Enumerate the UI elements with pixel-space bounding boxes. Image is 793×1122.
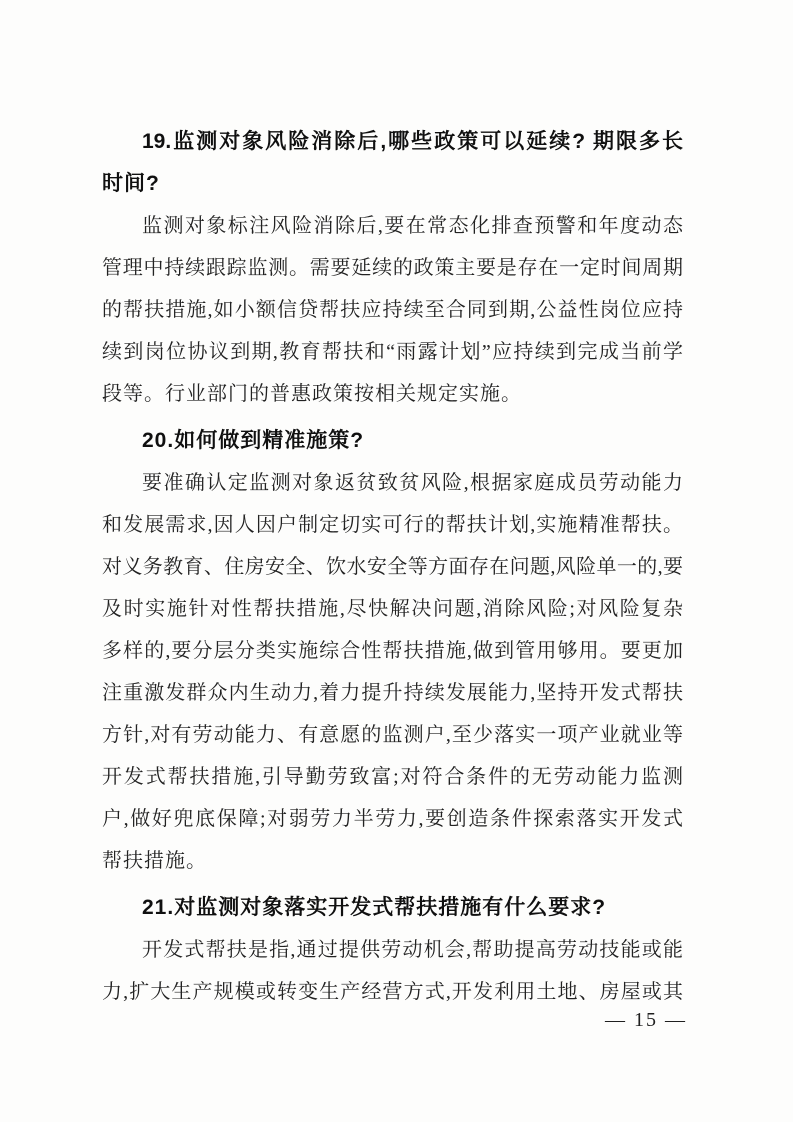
document-page: 19.监测对象风险消除后,哪些政策可以延续? 期限多长 时间? 监测对象标注风险… [0, 0, 793, 1122]
answer-19-line: 监测对象标注风险消除后,要在常态化排查预警和年度动态 [102, 205, 683, 247]
answer-20-line: 多样的,要分层分类实施综合性帮扶措施,做到管用够用。要更加 [102, 630, 683, 672]
answer-19-line: 管理中持续跟踪监测。需要延续的政策主要是存在一定时间周期 [102, 247, 683, 289]
answer-20-line: 和发展需求,因人因户制定切实可行的帮扶计划,实施精准帮扶。 [102, 504, 683, 546]
answer-20-line: 方针,对有劳动能力、有意愿的监测户,至少落实一项产业就业等 [102, 714, 683, 756]
answer-21-line: 开发式帮扶是指,通过提供劳动机会,帮助提高劳动技能或能 [102, 929, 683, 971]
answer-19-line: 段等。行业部门的普惠政策按相关规定实施。 [102, 373, 683, 415]
qa-section-21: 21.对监测对象落实开发式帮扶措施有什么要求? 开发式帮扶是指,通过提供劳动机会… [102, 887, 683, 1013]
answer-20-line: 及时实施针对性帮扶措施,尽快解决问题,消除风险;对风险复杂 [102, 588, 683, 630]
page-number: — 15 — [605, 1005, 687, 1035]
answer-20-line: 对义务教育、住房安全、饮水安全等方面存在问题,风险单一的,要 [102, 546, 683, 588]
page-text-block: 19.监测对象风险消除后,哪些政策可以延续? 期限多长 时间? 监测对象标注风险… [102, 121, 683, 1013]
answer-19-line: 的帮扶措施,如小额信贷帮扶应持续至合同到期,公益性岗位应持 [102, 289, 683, 331]
qa-section-19: 19.监测对象风险消除后,哪些政策可以延续? 期限多长 时间? 监测对象标注风险… [102, 121, 683, 415]
answer-20-line: 开发式帮扶措施,引导勤劳致富;对符合条件的无劳动能力监测 [102, 756, 683, 798]
question-21-heading: 21.对监测对象落实开发式帮扶措施有什么要求? [102, 887, 683, 929]
answer-20-line: 户,做好兜底保障;对弱劳力半劳力,要创造条件探索落实开发式 [102, 798, 683, 840]
answer-20-line: 注重激发群众内生动力,着力提升持续发展能力,坚持开发式帮扶 [102, 672, 683, 714]
answer-19-line: 续到岗位协议到期,教育帮扶和“雨露计划”应持续到完成当前学 [102, 331, 683, 373]
qa-section-20: 20.如何做到精准施策? 要准确认定监测对象返贫致贫风险,根据家庭成员劳动能力 … [102, 420, 683, 882]
answer-20-line: 帮扶措施。 [102, 840, 683, 882]
answer-21-line: 力,扩大生产规模或转变生产经营方式,开发利用土地、房屋或其 [102, 971, 683, 1013]
answer-20-line: 要准确认定监测对象返贫致贫风险,根据家庭成员劳动能力 [102, 462, 683, 504]
question-19-heading-line-2: 时间? [102, 163, 683, 205]
question-19-heading-line-1: 19.监测对象风险消除后,哪些政策可以延续? 期限多长 [102, 121, 683, 163]
question-20-heading: 20.如何做到精准施策? [102, 420, 683, 462]
